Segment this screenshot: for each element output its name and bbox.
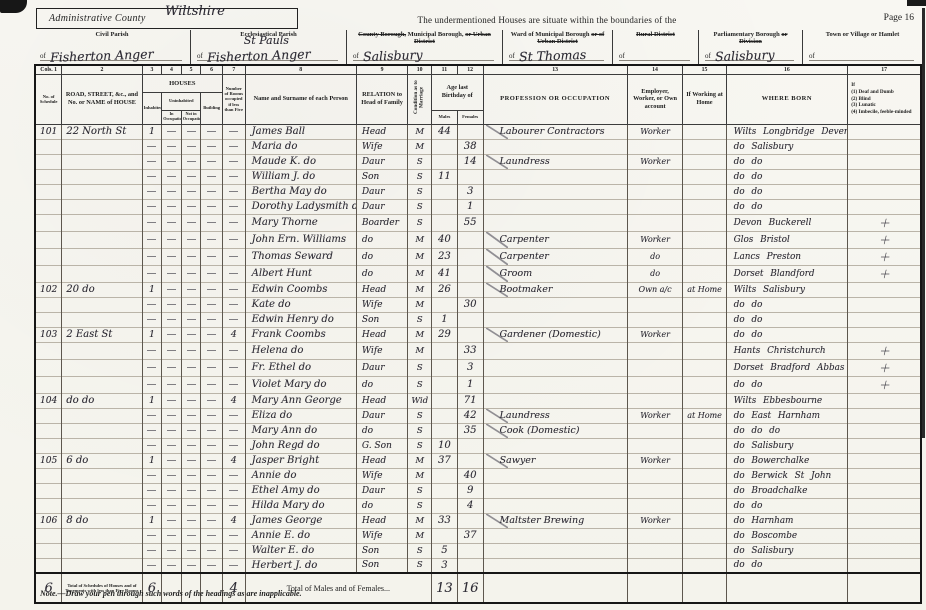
cell-rel: Head bbox=[356, 453, 408, 468]
empty-cell bbox=[162, 573, 182, 603]
cell-un bbox=[181, 297, 201, 312]
cell-m: 5 bbox=[432, 543, 458, 558]
cell-sched bbox=[35, 528, 62, 543]
district-cell-ecclesiastical-parish: Ecclesiastical Parish St PaulsofFisherto… bbox=[190, 30, 346, 64]
cell-born: do do bbox=[726, 498, 848, 513]
cell-emp bbox=[627, 543, 683, 558]
cell-uo bbox=[162, 376, 182, 393]
cell-name: Annie E. do bbox=[245, 528, 356, 543]
cell-emp bbox=[627, 483, 683, 498]
cell-emp: Worker bbox=[627, 327, 683, 342]
cell-sched: 106 bbox=[35, 513, 62, 528]
cell-road bbox=[62, 184, 142, 199]
cell-born: do Bowerchalke bbox=[726, 453, 848, 468]
cell-mark: ＋ bbox=[848, 248, 921, 265]
administrative-county-label: Administrative County bbox=[49, 13, 146, 24]
cell-un bbox=[181, 423, 201, 438]
col-header-infirmity: If (1) Deaf and Dumb (2) Blind (3) Lunat… bbox=[848, 74, 921, 124]
cell-occ bbox=[483, 199, 627, 214]
cell-bld bbox=[201, 438, 223, 453]
cell-rooms bbox=[222, 468, 245, 483]
cell-mark bbox=[848, 468, 921, 483]
cell-inh bbox=[142, 483, 162, 498]
cell-m bbox=[432, 483, 458, 498]
cell-born: do do bbox=[726, 297, 848, 312]
cell-road bbox=[62, 438, 142, 453]
person-row: Bertha May doDaurS3do do bbox=[35, 184, 921, 199]
cell-rooms bbox=[222, 169, 245, 184]
cell-rel: Wife bbox=[356, 468, 408, 483]
cell-sched bbox=[35, 265, 62, 282]
cell-occ bbox=[483, 468, 627, 483]
col-header-name: Name and Surname of each Person bbox=[245, 74, 356, 124]
cell-emp: Worker bbox=[627, 408, 683, 423]
cell-un bbox=[181, 528, 201, 543]
cell-uo bbox=[162, 154, 182, 169]
cell-occ bbox=[483, 376, 627, 393]
cell-born: do Broadchalke bbox=[726, 483, 848, 498]
cell-home bbox=[683, 231, 726, 248]
cell-sched: 103 bbox=[35, 327, 62, 342]
person-row: Thomas SewarddoM23CarpenterdoLancs Prest… bbox=[35, 248, 921, 265]
cell-rel: do bbox=[356, 265, 408, 282]
cell-inh bbox=[142, 248, 162, 265]
col-header-uninhabited: Uninhabited bbox=[162, 92, 201, 110]
col-header-age: Age last Birthday of bbox=[432, 74, 484, 110]
column-number: 9 bbox=[356, 65, 408, 74]
cell-mark bbox=[848, 438, 921, 453]
district-of-line: of bbox=[809, 52, 914, 61]
cell-f bbox=[457, 248, 483, 265]
cell-mark bbox=[848, 453, 921, 468]
cell-uo bbox=[162, 483, 182, 498]
cell-emp bbox=[627, 423, 683, 438]
cell-un bbox=[181, 139, 201, 154]
cell-name: Maria do bbox=[245, 139, 356, 154]
col-header-rooms: Number of Rooms occupied if less than Fi… bbox=[222, 74, 245, 124]
person-row: 10220 do1Edwin CoombsHeadM26BootmakerOwn… bbox=[35, 282, 921, 297]
cell-inh: 1 bbox=[142, 124, 162, 139]
cell-mark bbox=[848, 423, 921, 438]
cell-sched bbox=[35, 468, 62, 483]
cell-m bbox=[432, 528, 458, 543]
col-header-born: WHERE BORN bbox=[726, 74, 848, 124]
cell-inh bbox=[142, 139, 162, 154]
cell-f: 4 bbox=[457, 498, 483, 513]
cell-m: 33 bbox=[432, 513, 458, 528]
of-label: of bbox=[705, 52, 711, 60]
person-row: Walter E. doSonS5do Salisbury bbox=[35, 543, 921, 558]
district-cell-town-village: Town or Village or Hamlet of bbox=[802, 30, 922, 64]
cell-home bbox=[683, 483, 726, 498]
cell-sched: 104 bbox=[35, 393, 62, 408]
cell-road bbox=[62, 248, 142, 265]
cell-f bbox=[457, 169, 483, 184]
cell-uo bbox=[162, 248, 182, 265]
cell-rooms bbox=[222, 359, 245, 376]
cell-emp bbox=[627, 214, 683, 231]
person-row: John Ern. WilliamsdoM40CarpenterWorkerGl… bbox=[35, 231, 921, 248]
cell-sched: 105 bbox=[35, 453, 62, 468]
cell-born: do East Harnham bbox=[726, 408, 848, 423]
cell-occ: Carpenter bbox=[483, 248, 627, 265]
cell-m bbox=[432, 297, 458, 312]
person-row: 104do do14Mary Ann GeorgeHeadWid71Wilts … bbox=[35, 393, 921, 408]
cell-rel: Head bbox=[356, 327, 408, 342]
cell-mark bbox=[848, 282, 921, 297]
cell-born: do Salisbury bbox=[726, 438, 848, 453]
cell-un bbox=[181, 468, 201, 483]
district-of-line: ofSt Thomas bbox=[509, 45, 604, 61]
cell-f: 38 bbox=[457, 139, 483, 154]
cell-born: do Boscombe bbox=[726, 528, 848, 543]
cell-mark bbox=[848, 124, 921, 139]
cell-name: Albert Hunt bbox=[245, 265, 356, 282]
cell-un bbox=[181, 483, 201, 498]
cell-name: Kate do bbox=[245, 297, 356, 312]
cell-name: Edwin Coombs bbox=[245, 282, 356, 297]
cell-m: 1 bbox=[432, 312, 458, 327]
cell-name: Edwin Henry do bbox=[245, 312, 356, 327]
cell-occ bbox=[483, 393, 627, 408]
cell-sched bbox=[35, 184, 62, 199]
cell-home bbox=[683, 312, 726, 327]
cell-name: Helena do bbox=[245, 342, 356, 359]
district-of-line: ofSalisbury bbox=[705, 45, 794, 61]
cell-m: 29 bbox=[432, 327, 458, 342]
of-label: of bbox=[40, 52, 46, 60]
cell-sched bbox=[35, 543, 62, 558]
cell-emp: Worker bbox=[627, 124, 683, 139]
cell-name: Ethel Amy do bbox=[245, 483, 356, 498]
cell-f: 42 bbox=[457, 408, 483, 423]
cell-name: Herbert J. do bbox=[245, 558, 356, 573]
cell-home bbox=[683, 543, 726, 558]
cell-un bbox=[181, 231, 201, 248]
cell-occ: Maltster Brewing bbox=[483, 513, 627, 528]
cell-un bbox=[181, 124, 201, 139]
cell-inh bbox=[142, 543, 162, 558]
cell-home bbox=[683, 359, 726, 376]
cell-uo bbox=[162, 558, 182, 573]
cell-occ: Groom bbox=[483, 265, 627, 282]
cell-born: Devon Buckerell bbox=[726, 214, 848, 231]
cell-m: 3 bbox=[432, 558, 458, 573]
person-row: Albert HuntdoM41GroomdoDorset Blandford＋ bbox=[35, 265, 921, 282]
cell-f bbox=[457, 513, 483, 528]
cell-un bbox=[181, 513, 201, 528]
cell-occ bbox=[483, 214, 627, 231]
empty-cell bbox=[181, 573, 201, 603]
district-header-row: Civil Parish ofFisherton AngerEcclesiast… bbox=[34, 30, 922, 64]
col-header-road: ROAD, STREET, &c., and No. or NAME of HO… bbox=[62, 74, 142, 124]
cell-un bbox=[181, 214, 201, 231]
cell-born: Wilts Longbridge Deverill bbox=[726, 124, 848, 139]
cell-rel: Daur bbox=[356, 154, 408, 169]
cell-f: 1 bbox=[457, 199, 483, 214]
cell-inh bbox=[142, 423, 162, 438]
cell-un bbox=[181, 312, 201, 327]
cell-road bbox=[62, 528, 142, 543]
cell-name: Mary Ann do bbox=[245, 423, 356, 438]
cell-sched bbox=[35, 214, 62, 231]
cell-m bbox=[432, 342, 458, 359]
cell-bld bbox=[201, 282, 223, 297]
cell-m: 41 bbox=[432, 265, 458, 282]
cell-rel: Boarder bbox=[356, 214, 408, 231]
cell-emp bbox=[627, 359, 683, 376]
column-number: 5 bbox=[181, 65, 201, 74]
cell-road bbox=[62, 376, 142, 393]
cell-sched bbox=[35, 169, 62, 184]
person-row: Annie doWifeM40do Berwick St John bbox=[35, 468, 921, 483]
cell-f bbox=[457, 327, 483, 342]
col-header-building: Building bbox=[201, 92, 223, 124]
cell-home bbox=[683, 513, 726, 528]
cell-born: do Harnham bbox=[726, 513, 848, 528]
cell-mark: ＋ bbox=[848, 231, 921, 248]
cell-occ: Labourer Contractors bbox=[483, 124, 627, 139]
cell-cond: M bbox=[408, 282, 432, 297]
cell-cond: S bbox=[408, 199, 432, 214]
cell-occ bbox=[483, 169, 627, 184]
cell-f: 40 bbox=[457, 468, 483, 483]
cell-un bbox=[181, 282, 201, 297]
col-header-condition: Condition as to Marriage bbox=[408, 74, 432, 124]
empty-cell bbox=[627, 573, 683, 603]
cell-uo bbox=[162, 214, 182, 231]
cell-un bbox=[181, 327, 201, 342]
cell-road bbox=[62, 214, 142, 231]
cell-bld bbox=[201, 513, 223, 528]
cell-inh bbox=[142, 558, 162, 573]
cell-home bbox=[683, 265, 726, 282]
cell-emp: Worker bbox=[627, 513, 683, 528]
cell-uo bbox=[162, 297, 182, 312]
cell-sched bbox=[35, 297, 62, 312]
cell-rel: Daur bbox=[356, 184, 408, 199]
cell-rooms bbox=[222, 139, 245, 154]
cell-cond: M bbox=[408, 468, 432, 483]
cell-sched bbox=[35, 423, 62, 438]
cell-name: Dorothy Ladysmith do bbox=[245, 199, 356, 214]
cell-emp bbox=[627, 297, 683, 312]
person-row: William J. doSonS11do do bbox=[35, 169, 921, 184]
cell-born: Wilts Salisbury bbox=[726, 282, 848, 297]
cell-un bbox=[181, 199, 201, 214]
cell-m: 11 bbox=[432, 169, 458, 184]
cell-f bbox=[457, 558, 483, 573]
cell-rooms bbox=[222, 423, 245, 438]
cell-sched bbox=[35, 199, 62, 214]
cell-emp bbox=[627, 528, 683, 543]
cell-home bbox=[683, 528, 726, 543]
cell-cond: M bbox=[408, 453, 432, 468]
cell-rel: Wife bbox=[356, 342, 408, 359]
cell-rooms: 4 bbox=[222, 513, 245, 528]
cell-road bbox=[62, 139, 142, 154]
cell-bld bbox=[201, 248, 223, 265]
cell-road bbox=[62, 483, 142, 498]
cell-home bbox=[683, 139, 726, 154]
cell-bld bbox=[201, 498, 223, 513]
cell-bld bbox=[201, 231, 223, 248]
cell-occ bbox=[483, 438, 627, 453]
cell-road: 6 do bbox=[62, 453, 142, 468]
cell-m bbox=[432, 139, 458, 154]
cell-road bbox=[62, 468, 142, 483]
person-row: Ethel Amy doDaurS9do Broadchalke bbox=[35, 483, 921, 498]
cell-bld bbox=[201, 169, 223, 184]
district-label: Rural District bbox=[613, 31, 698, 38]
cell-home bbox=[683, 423, 726, 438]
cell-sched bbox=[35, 342, 62, 359]
cell-road: 20 do bbox=[62, 282, 142, 297]
total-males: 13 bbox=[432, 573, 458, 603]
cell-mark bbox=[848, 139, 921, 154]
cell-uo bbox=[162, 282, 182, 297]
cell-sched bbox=[35, 438, 62, 453]
cell-mark bbox=[848, 513, 921, 528]
cell-emp bbox=[627, 312, 683, 327]
of-label: of bbox=[509, 52, 515, 60]
cell-road bbox=[62, 342, 142, 359]
cell-mark: ＋ bbox=[848, 214, 921, 231]
cell-name: Mary Thorne bbox=[245, 214, 356, 231]
cell-f: 55 bbox=[457, 214, 483, 231]
cell-home bbox=[683, 376, 726, 393]
cell-cond: S bbox=[408, 184, 432, 199]
header-row-main: No. of Schedule ROAD, STREET, &c., and N… bbox=[35, 74, 921, 92]
cell-f bbox=[457, 124, 483, 139]
district-value: Fisherton Anger bbox=[50, 46, 154, 65]
cell-f bbox=[457, 231, 483, 248]
cell-road bbox=[62, 498, 142, 513]
cell-home bbox=[683, 342, 726, 359]
cell-inh bbox=[142, 342, 162, 359]
cell-inh bbox=[142, 468, 162, 483]
cell-cond: M bbox=[408, 124, 432, 139]
cell-bld bbox=[201, 124, 223, 139]
administrative-county-value: Wiltshire bbox=[165, 4, 225, 19]
col-header-inhabited: Inhabited bbox=[142, 92, 162, 124]
cell-bld bbox=[201, 265, 223, 282]
cell-occ bbox=[483, 558, 627, 573]
cell-name: Annie do bbox=[245, 468, 356, 483]
cell-road bbox=[62, 169, 142, 184]
cell-home bbox=[683, 393, 726, 408]
cell-rooms bbox=[222, 543, 245, 558]
situate-text: The undermentioned Houses are situate wi… bbox=[340, 15, 754, 25]
cell-home bbox=[683, 248, 726, 265]
cell-un bbox=[181, 154, 201, 169]
cell-rel: Son bbox=[356, 312, 408, 327]
cell-rooms bbox=[222, 265, 245, 282]
cell-cond: M bbox=[408, 297, 432, 312]
cell-occ: Gardener (Domestic) bbox=[483, 327, 627, 342]
cell-m bbox=[432, 214, 458, 231]
district-label: Civil Parish bbox=[34, 31, 190, 38]
cell-rooms bbox=[222, 376, 245, 393]
totals-houses-label: Total of Schedules of Houses and of Tene… bbox=[62, 573, 142, 603]
cell-uo bbox=[162, 169, 182, 184]
person-row: John Regd doG. SonS10do Salisbury bbox=[35, 438, 921, 453]
cell-cond: S bbox=[408, 558, 432, 573]
cell-name: John Regd do bbox=[245, 438, 356, 453]
cell-road bbox=[62, 231, 142, 248]
cell-emp bbox=[627, 498, 683, 513]
cell-mark bbox=[848, 393, 921, 408]
person-row: 1068 do14James GeorgeHeadM33Maltster Bre… bbox=[35, 513, 921, 528]
cell-uo bbox=[162, 408, 182, 423]
top-header: Administrative County Wiltshire The unde… bbox=[34, 5, 922, 30]
cell-rooms bbox=[222, 184, 245, 199]
cell-un bbox=[181, 248, 201, 265]
cell-uo bbox=[162, 139, 182, 154]
col-header-males: Males bbox=[432, 110, 458, 124]
cell-mark bbox=[848, 199, 921, 214]
cell-bld bbox=[201, 483, 223, 498]
cell-f: 3 bbox=[457, 184, 483, 199]
cell-m: 40 bbox=[432, 231, 458, 248]
cell-inh bbox=[142, 169, 162, 184]
cell-road bbox=[62, 312, 142, 327]
cell-inh bbox=[142, 214, 162, 231]
cell-rooms bbox=[222, 214, 245, 231]
cell-mark bbox=[848, 558, 921, 573]
cell-inh bbox=[142, 376, 162, 393]
cell-f: 3 bbox=[457, 359, 483, 376]
cell-sched: 101 bbox=[35, 124, 62, 139]
cell-rel: do bbox=[356, 498, 408, 513]
cell-emp bbox=[627, 139, 683, 154]
cell-mark bbox=[848, 297, 921, 312]
col-header-condition-text: Condition as to Marriage bbox=[414, 75, 425, 119]
person-row: Mary Ann dodoS35Cook (Domestic)do do do bbox=[35, 423, 921, 438]
cell-inh: 1 bbox=[142, 327, 162, 342]
cell-cond: M bbox=[408, 513, 432, 528]
cell-inh bbox=[142, 312, 162, 327]
district-cell-municipal-borough: County Borough, Municipal Borough, or Ur… bbox=[346, 30, 502, 64]
cell-name: Frank Coombs bbox=[245, 327, 356, 342]
cell-born: do do bbox=[726, 169, 848, 184]
cell-un bbox=[181, 543, 201, 558]
cell-rooms bbox=[222, 498, 245, 513]
cell-bld bbox=[201, 423, 223, 438]
cell-emp: Worker bbox=[627, 453, 683, 468]
cell-rel: Son bbox=[356, 558, 408, 573]
cell-m bbox=[432, 184, 458, 199]
cell-born: do do bbox=[726, 154, 848, 169]
cell-home bbox=[683, 214, 726, 231]
cell-occ bbox=[483, 297, 627, 312]
cell-rooms bbox=[222, 342, 245, 359]
empty-cell bbox=[483, 573, 627, 603]
cell-home bbox=[683, 297, 726, 312]
cell-rooms: 4 bbox=[222, 453, 245, 468]
cell-uo bbox=[162, 453, 182, 468]
cell-uo bbox=[162, 342, 182, 359]
cell-uo bbox=[162, 513, 182, 528]
cell-emp bbox=[627, 393, 683, 408]
cell-road bbox=[62, 154, 142, 169]
cell-rel: do bbox=[356, 231, 408, 248]
cell-f bbox=[457, 312, 483, 327]
cell-emp: do bbox=[627, 248, 683, 265]
cell-rel: Son bbox=[356, 543, 408, 558]
cell-born: Dorset Bradford Abbas bbox=[726, 359, 848, 376]
cell-inh: 1 bbox=[142, 453, 162, 468]
